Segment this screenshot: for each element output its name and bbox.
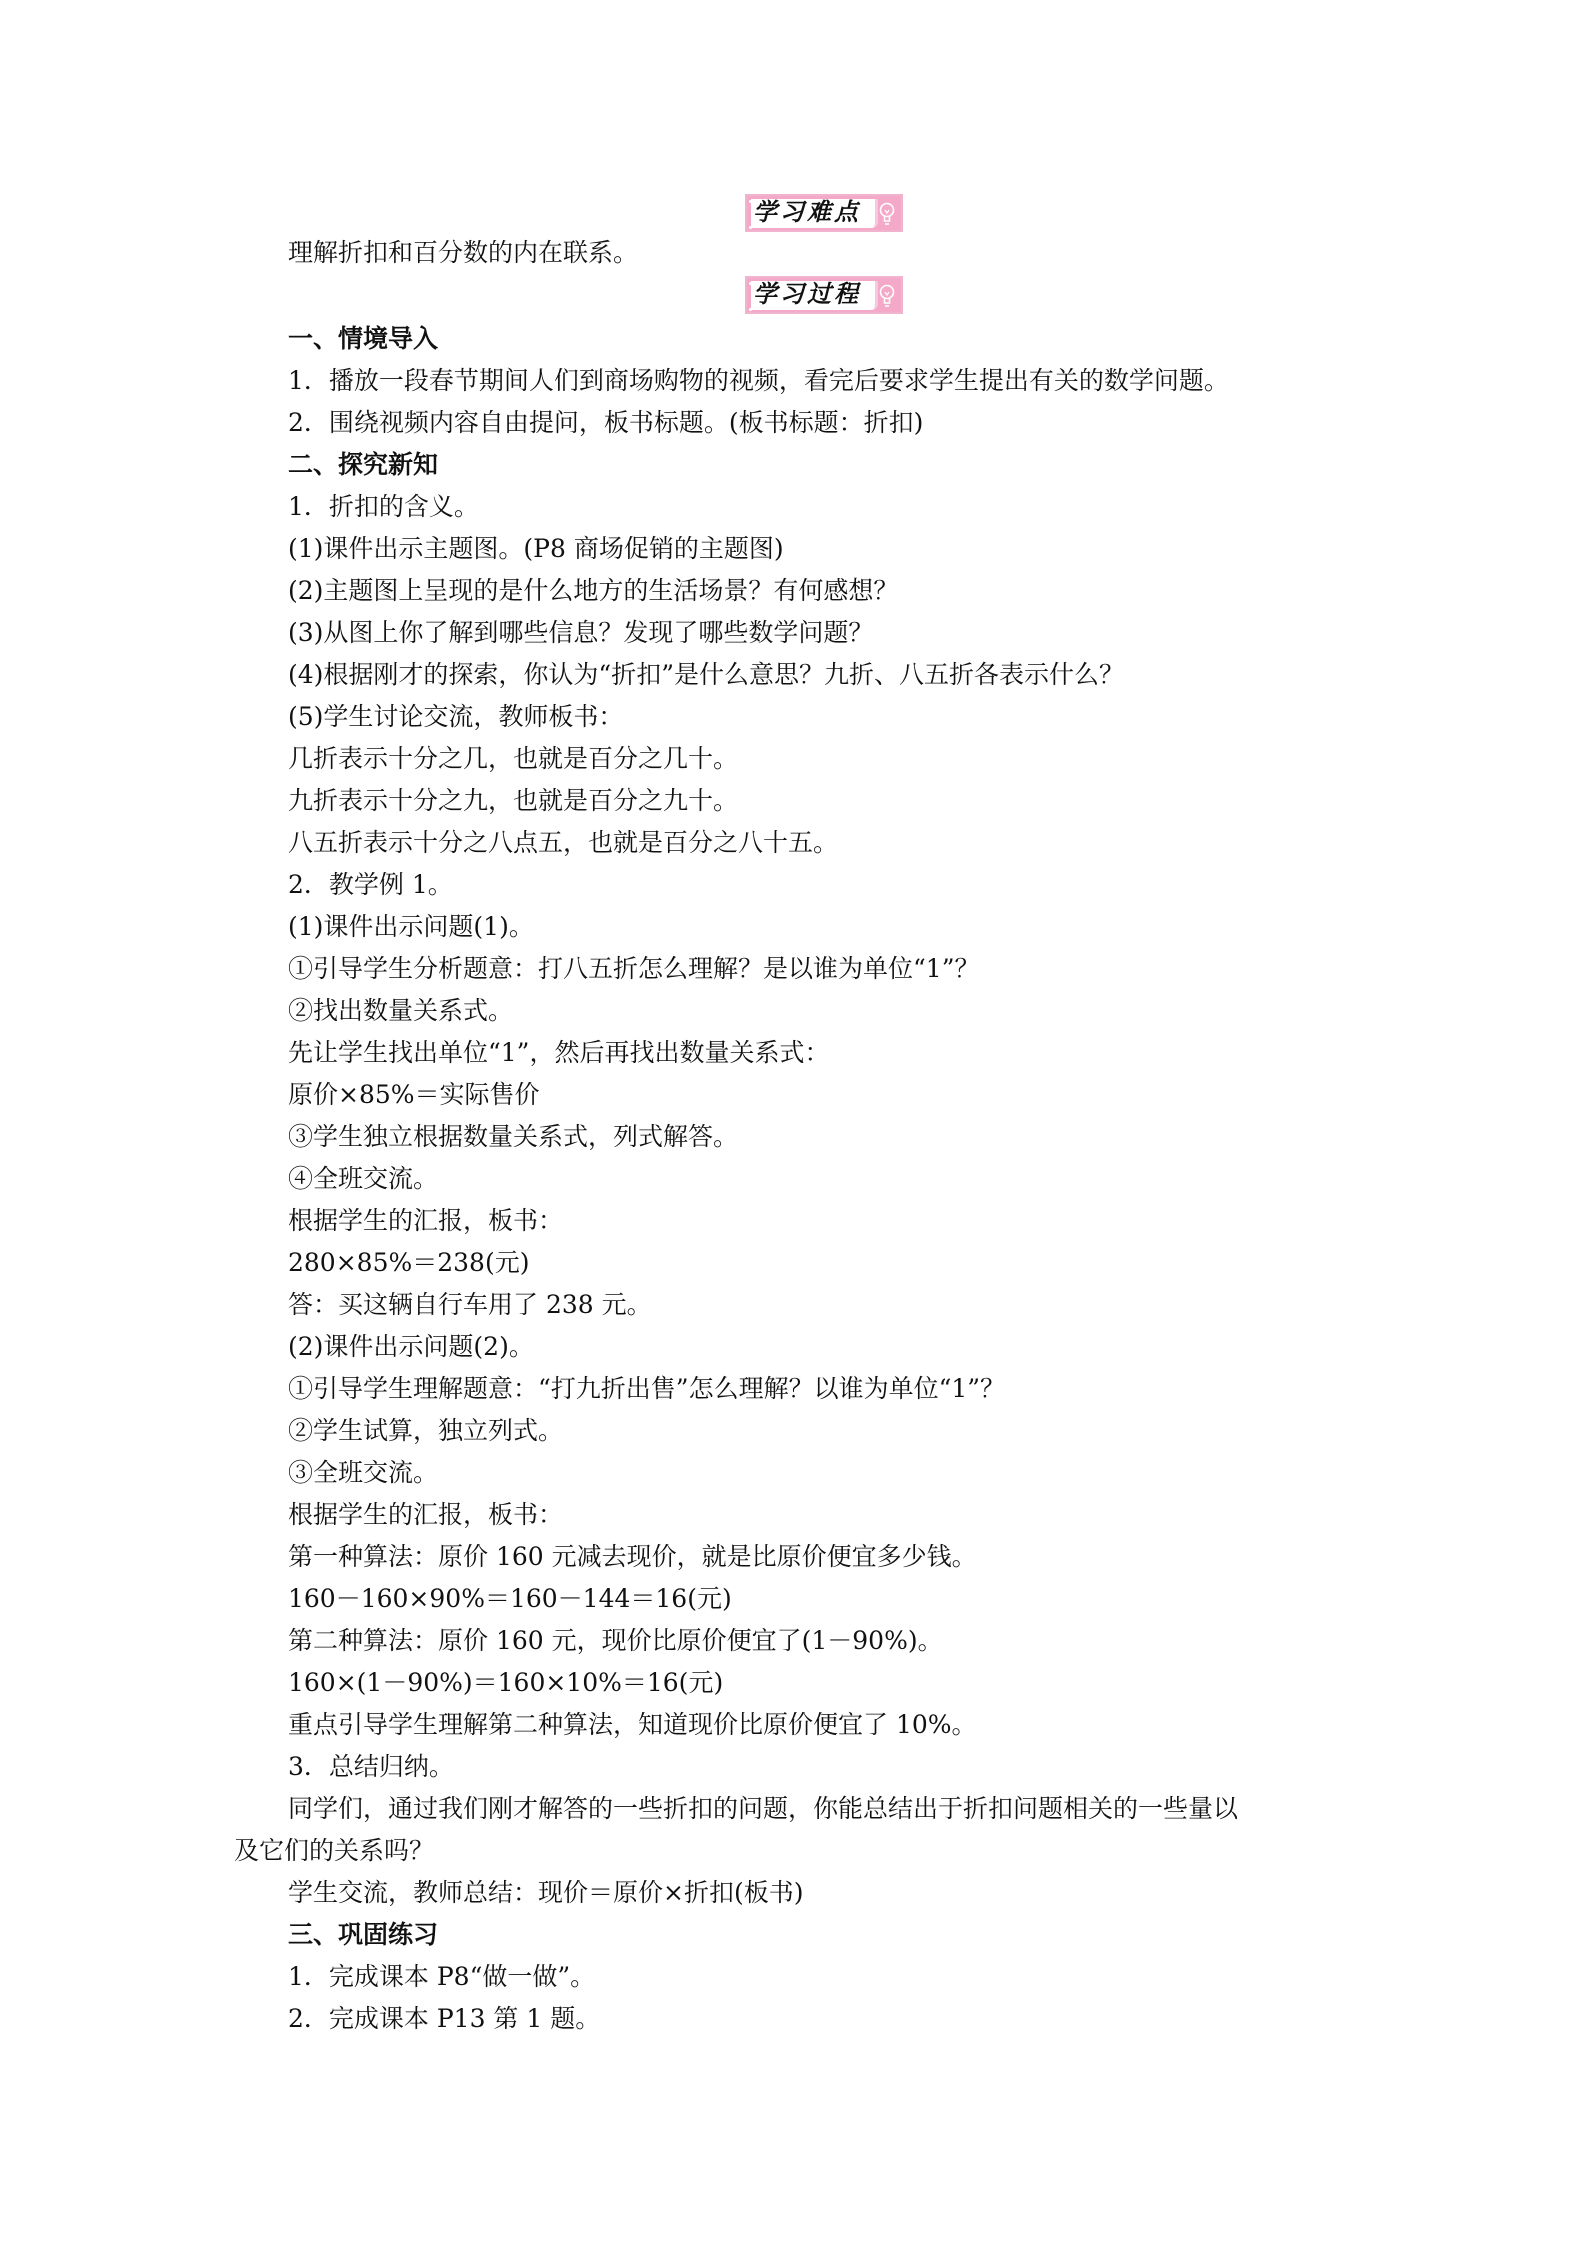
text-line: 第一种算法：原价 160 元减去现价，就是比原价便宜多少钱。 bbox=[288, 1540, 977, 1574]
text-line: 2．教学例 1。 bbox=[288, 868, 453, 902]
formula-line: 160－160×90%＝160－144＝16(元) bbox=[288, 1582, 732, 1616]
text-line: (2)课件出示问题(2)。 bbox=[288, 1330, 534, 1364]
lightbulb-icon bbox=[878, 283, 896, 309]
text-line: (1)课件出示问题(1)。 bbox=[288, 910, 534, 944]
text-line: (5)学生讨论交流，教师板书： bbox=[288, 700, 623, 734]
text-line: 3．总结归纳。 bbox=[288, 1750, 454, 1784]
text-line: 同学们，通过我们刚才解答的一些折扣的问题，你能总结出于折扣问题相关的一些量以 bbox=[288, 1792, 1238, 1826]
formula-line: 原价×85%＝实际售价 bbox=[288, 1078, 540, 1112]
text-line: 1．完成课本 P8“做一做”。 bbox=[288, 1960, 595, 1994]
formula-line: 160×(1－90%)＝160×10%＝16(元) bbox=[288, 1666, 723, 1700]
section-heading: 一、情境导入 bbox=[288, 322, 438, 356]
difficulty-text: 理解折扣和百分数的内在联系。 bbox=[288, 236, 638, 270]
text-line: 根据学生的汇报，板书： bbox=[288, 1204, 563, 1238]
text-line: 几折表示十分之几，也就是百分之几十。 bbox=[288, 742, 738, 776]
text-line: ③学生独立根据数量关系式，列式解答。 bbox=[288, 1120, 738, 1154]
text-line: ①引导学生分析题意：打八五折怎么理解？是以谁为单位“1”？ bbox=[288, 952, 979, 986]
banner-title: 学习过程 bbox=[753, 278, 877, 309]
lightbulb-icon bbox=[878, 201, 896, 227]
text-line: (3)从图上你了解到哪些信息？发现了哪些数学问题？ bbox=[288, 616, 873, 650]
text-line: 根据学生的汇报，板书： bbox=[288, 1498, 563, 1532]
banner-learning-difficulty: 学习难点 bbox=[745, 194, 903, 232]
text-line: ④全班交流。 bbox=[288, 1162, 438, 1196]
text-line: 学生交流，教师总结：现价＝原价×折扣(板书) bbox=[288, 1876, 803, 1910]
text-line: (4)根据刚才的探索，你认为“折扣”是什么意思？九折、八五折各表示什么？ bbox=[288, 658, 1124, 692]
section-heading: 二、探究新知 bbox=[288, 448, 438, 482]
text-line: 八五折表示十分之八点五，也就是百分之八十五。 bbox=[288, 826, 838, 860]
text-line: 答：买这辆自行车用了 238 元。 bbox=[288, 1288, 652, 1322]
text-line: 1．折扣的含义。 bbox=[288, 490, 479, 524]
document-page: 学习难点 理解折扣和百分数的内在联系。 学习过程 一、情境导入 1．播放一段春节… bbox=[0, 0, 1587, 2245]
text-line: ①引导学生理解题意：“打九折出售”怎么理解？以谁为单位“1”？ bbox=[288, 1372, 1005, 1406]
section-heading: 三、巩固练习 bbox=[288, 1918, 438, 1952]
banner-learning-process: 学习过程 bbox=[745, 276, 903, 314]
banner-title: 学习难点 bbox=[753, 196, 877, 227]
text-line: (1)课件出示主题图。(P8 商场促销的主题图) bbox=[288, 532, 784, 566]
formula-line: 280×85%＝238(元) bbox=[288, 1246, 529, 1280]
text-line: 重点引导学生理解第二种算法，知道现价比原价便宜了 10%。 bbox=[288, 1708, 977, 1742]
text-line: ②找出数量关系式。 bbox=[288, 994, 513, 1028]
text-line: (2)主题图上呈现的是什么地方的生活场景？有何感想？ bbox=[288, 574, 898, 608]
text-line: 及它们的关系吗？ bbox=[234, 1834, 434, 1868]
text-line: 九折表示十分之九，也就是百分之九十。 bbox=[288, 784, 738, 818]
text-line: 2．围绕视频内容自由提问，板书标题。(板书标题：折扣) bbox=[288, 406, 923, 440]
text-line: 先让学生找出单位“1”，然后再找出数量关系式： bbox=[288, 1036, 829, 1070]
text-line: 2．完成课本 P13 第 1 题。 bbox=[288, 2002, 600, 2036]
text-line: ③全班交流。 bbox=[288, 1456, 438, 1490]
text-line: 1．播放一段春节期间人们到商场购物的视频，看完后要求学生提出有关的数学问题。 bbox=[288, 364, 1229, 398]
text-line: 第二种算法：原价 160 元，现价比原价便宜了(1－90%)。 bbox=[288, 1624, 943, 1658]
text-line: ②学生试算，独立列式。 bbox=[288, 1414, 563, 1448]
